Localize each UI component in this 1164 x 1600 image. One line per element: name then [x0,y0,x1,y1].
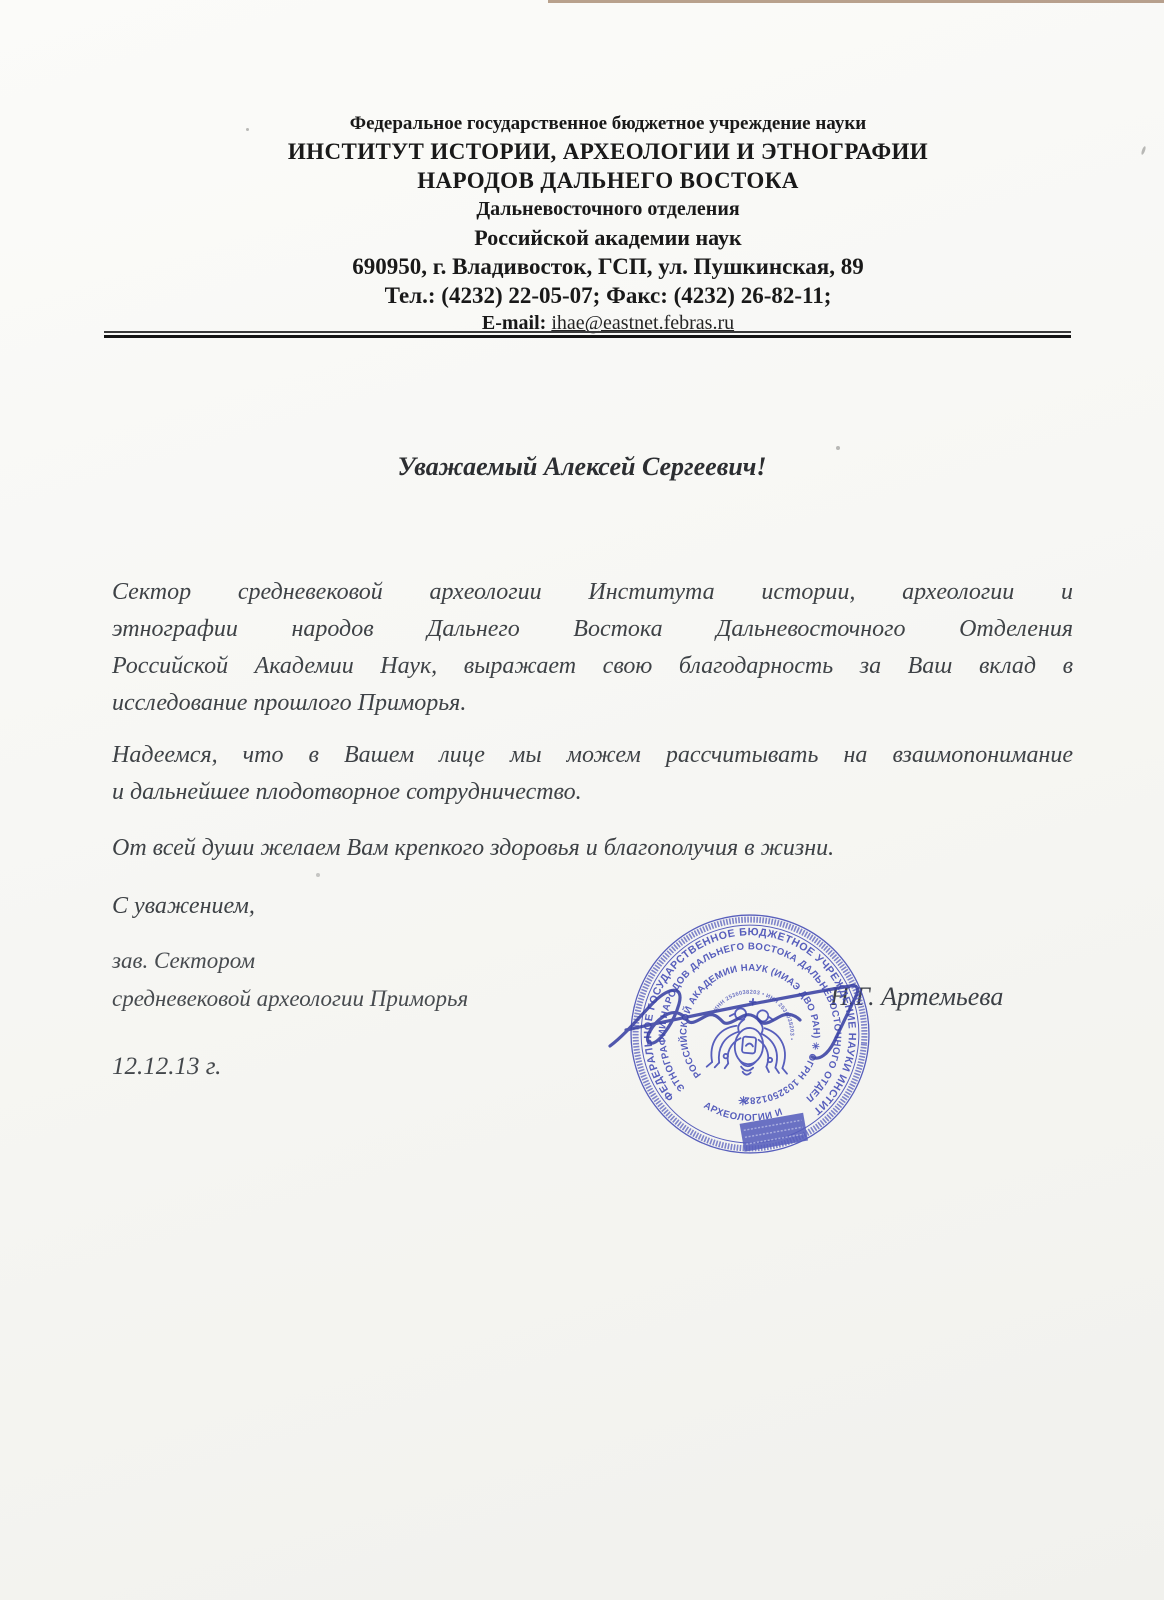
branch-line2: Российской академии наук [52,224,1164,252]
paragraph-line: Сектор средневековой археологии Институт… [112,574,1073,611]
letterhead: Федеральное государственное бюджетное уч… [52,110,1164,336]
letter-date: 12.12.13 г. [112,1053,221,1081]
org-type-line: Федеральное государственное бюджетное уч… [52,110,1164,137]
handwritten-signature [600,958,920,1090]
paragraph-line: и дальнейшее плодотворное сотрудничество… [112,774,1073,811]
scan-speck [836,446,840,450]
paragraph-2: Надеемся, что в Вашем лице мы можем расс… [112,737,1073,811]
paragraph-3: От всей души желаем Вам крепкого здоровь… [112,830,1073,867]
scan-speck [316,873,320,877]
paragraph-1: Сектор средневековой археологии Институт… [112,574,1073,722]
paragraph-line: От всей души желаем Вам крепкого здоровь… [112,830,1073,867]
scanned-letter-page: Федеральное государственное бюджетное уч… [0,0,1164,1600]
letterhead-divider [104,331,1071,338]
branch-line1: Дальневосточного отделения [52,195,1164,224]
paragraph-line: Российской Академии Наук, выражает свою … [112,648,1073,685]
scan-edge-artifact [548,0,1164,3]
org-name-line2: НАРОДОВ ДАЛЬНЕГО ВОСТОКА [52,166,1164,195]
signer-title-line2: средневековой археологии Приморья [112,986,468,1012]
closing-line: С уважением, [112,893,255,920]
paragraph-line: исследование прошлого Приморья. [112,685,1073,722]
org-name-line1: ИНСТИТУТ ИСТОРИИ, АРХЕОЛОГИИ И ЭТНОГРАФИ… [52,137,1164,166]
paragraph-line: этнографии народов Дальнего Востока Даль… [112,611,1073,648]
address-line: 690950, г. Владивосток, ГСП, ул. Пушкинс… [52,252,1164,281]
stamp-asterisk: ✳ [737,1094,748,1109]
signer-title-line1: зав. Сектором [112,948,255,974]
salutation: Уважаемый Алексей Сергеевич! [0,452,1164,482]
paragraph-line: Надеемся, что в Вашем лице мы можем расс… [112,737,1073,774]
phone-fax-line: Тел.: (4232) 22-05-07; Факс: (4232) 26-8… [52,281,1164,310]
